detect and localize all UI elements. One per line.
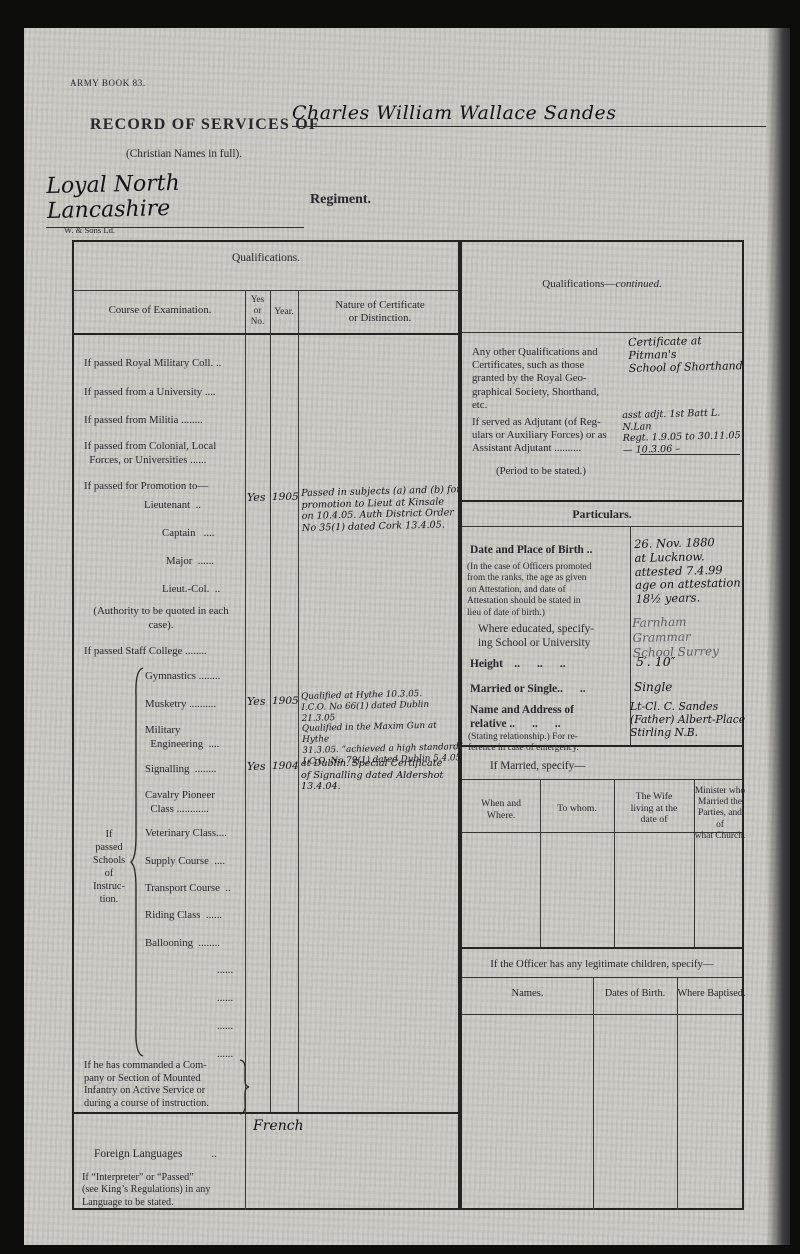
foreign-languages-label: Foreign Languages .. [94,1148,217,1160]
document-page: ARMY BOOK 83. RECORD OF SERVICES OF Char… [24,28,790,1245]
other-qualifications-handwriting: Certificate at Pitman's School of Shorth… [628,333,747,375]
married-header-wife-living: The Wife living at the date of [614,791,694,826]
row-gymnastics: Gymnastics ........ [145,670,220,684]
married-table-bottom-rule [462,947,742,949]
row-cavalry-pioneer: Cavalry Pioneer Class ............ [145,789,215,816]
officer-name-handwriting: Charles William Wallace Sandes [292,102,617,124]
header-top-rule [74,290,458,291]
schools-of-instruction-brace [129,666,145,1058]
married-section-rule [462,745,742,747]
children-header-names: Names. [462,988,593,999]
married-or-single-label: Married or Single.. .. [470,683,586,695]
row-military-engineering: Military Engineering .... [145,724,219,751]
row-musketry: Musketry .......... [145,698,216,712]
height-handwriting: 5′. 10″ [636,654,675,669]
row-major: Major ...... [166,555,214,569]
children-title: If the Officer has any legitimate childr… [462,958,742,970]
foreign-languages-note: If “Interpreter” or “Passed” (see King’s… [82,1172,210,1209]
lieutenant-year-handwriting: 1905 [272,491,299,503]
row-captain: Captain .... [162,527,214,541]
scanned-army-record-page: { "header": { "book_label": "ARMY BOOK 8… [0,0,800,1254]
row-commanded-company: If he has commanded a Com- pany or Secti… [84,1060,240,1110]
married-header-minister: Minister who Married the Parties, and of… [694,786,746,842]
col-header-year: Year. [270,306,298,317]
lieutenant-note-handwriting: Passed in subjects (a) and (b) for promo… [301,484,462,534]
row-university: If passed from a University .... [84,386,216,400]
row-veterinary-class: Veterinary Class.... [145,827,227,841]
col-header-nature: Nature of Certificate or Distinction. [300,299,460,325]
header-bottom-rule [74,333,458,335]
children-header-rule [462,1014,742,1015]
adjutant-handwriting: asst adjt. 1st Batt L. N.Lan Regt. 1.9.0… [622,407,747,456]
row-blank-dots-1: ...... [217,964,233,978]
birth-sub-note: (In the case of Officers promoted from t… [467,562,629,619]
foreign-languages-top-rule [74,1112,458,1114]
col-header-yes-no: Yes or No. [245,294,270,327]
signalling-year-handwriting: 1904 [272,760,299,772]
relative-handwriting: Lt-Cl. C. Sandes (Father) Albert-Place S… [630,700,748,739]
qualifications-continued-title: Qualifications—continued. [462,278,742,290]
foreign-languages-divider [245,1112,246,1210]
musketry-yes-handwriting: Yes [247,695,265,708]
continued-title-roman: Qualifications— [542,278,615,290]
row-lieut-col: Lieut.-Col. .. [162,583,220,597]
height-label: Height .. .. .. [470,658,566,670]
children-header-baptised: Where Baptised. [677,988,746,999]
signalling-yes-handwriting: Yes [247,760,265,773]
relative-sub-note: (Stating relationship.) For re- ference … [468,732,630,755]
row-promotion-header: If passed for Promotion to— [84,480,208,494]
married-header-to-whom: To whom. [540,803,614,815]
commanded-company-brace [238,1059,250,1115]
col-divider-year [270,290,271,1112]
married-table-top-rule [462,779,742,780]
adjutant-answer-rule [640,454,740,455]
regiment-handwriting: Loyal North Lancashire [46,168,305,224]
musketry-year-handwriting: 1905 [272,695,299,707]
regiment-underline-field: Loyal North Lancashire [46,174,304,228]
row-transport-course: Transport Course .. [145,882,231,896]
page-edge-shadow [766,28,790,1245]
col-header-course: Course of Examination. [78,304,242,316]
row-lieutenant: Lieutenant .. [144,499,201,513]
row-militia: If passed from Militia ........ [84,414,203,428]
children-col-divider-2 [677,977,678,1210]
musketry-note-handwriting: Qualified at Hythe 10.3.05. I.C.O. No 66… [301,688,465,768]
christian-names-caption: (Christian Names in full). [126,148,242,160]
row-supply-course: Supply Course .... [145,855,225,869]
lieutenant-yes-handwriting: Yes [247,491,265,504]
regiment-label: Regiment. [310,192,371,208]
col-divider-yes [245,290,246,1112]
row-royal-military-coll: If passed Royal Military Coll. .. [84,357,221,371]
qualifications-table: Qualifications. Course of Examination. Y… [72,240,460,1210]
married-header-when-where: When and Where. [462,798,540,821]
continued-top-rule [462,332,742,333]
other-qualifications-label: Any other Qualifications and Certificate… [472,346,628,412]
name-underline-field: Charles William Wallace Sandes [292,102,766,127]
children-header-dates: Dates of Birth. [593,988,677,999]
qualifications-title: Qualifications. [74,252,458,264]
married-header-rule [462,832,742,833]
army-book-label: ARMY BOOK 83. [70,78,146,88]
educated-label: Where educated, specify- ing School or U… [478,622,632,650]
children-table-top-rule [462,977,742,978]
children-col-divider-1 [593,977,594,1210]
foreign-languages-handwriting: French [253,1118,304,1134]
continued-title-italic: continued. [616,278,662,290]
row-riding-class: Riding Class ...... [145,909,222,923]
birth-handwriting: 26. Nov. 1880 at Lucknow. attested 7.4.9… [634,535,748,607]
birth-label: Date and Place of Birth .. [470,544,592,556]
if-married-title: If Married, specify— [490,760,585,772]
row-authority-note: (Authority to be quoted in each case). [78,605,244,632]
row-colonial-forces: If passed from Colonial, Local Forces, o… [84,440,216,467]
printer-imprint: W. & Sons Ld. [64,225,115,235]
particulars-table: Qualifications—continued. Any other Qual… [460,240,744,1210]
row-blank-dots-2: ...... [217,992,233,1006]
adjutant-label: If served as Adjutant (of Reg- ulars or … [472,416,632,456]
married-or-single-handwriting: Single [634,680,672,694]
row-signalling: Signalling ........ [145,763,216,777]
signalling-note-handwriting: at Dublin. Special Certificate of Signal… [301,758,463,793]
relative-label: Name and Address of relative .. .. .. [470,704,630,731]
particulars-top-rule [462,500,742,502]
row-blank-dots-3: ...... [217,1020,233,1034]
particulars-title: Particulars. [462,507,742,522]
page-title: RECORD OF SERVICES OF [90,116,320,134]
period-to-be-stated-note: (Period to be stated.) [496,465,586,477]
particulars-title-rule [462,526,742,527]
row-staff-college: If passed Staff College ........ [84,645,207,659]
row-ballooning: Ballooning ........ [145,937,220,951]
